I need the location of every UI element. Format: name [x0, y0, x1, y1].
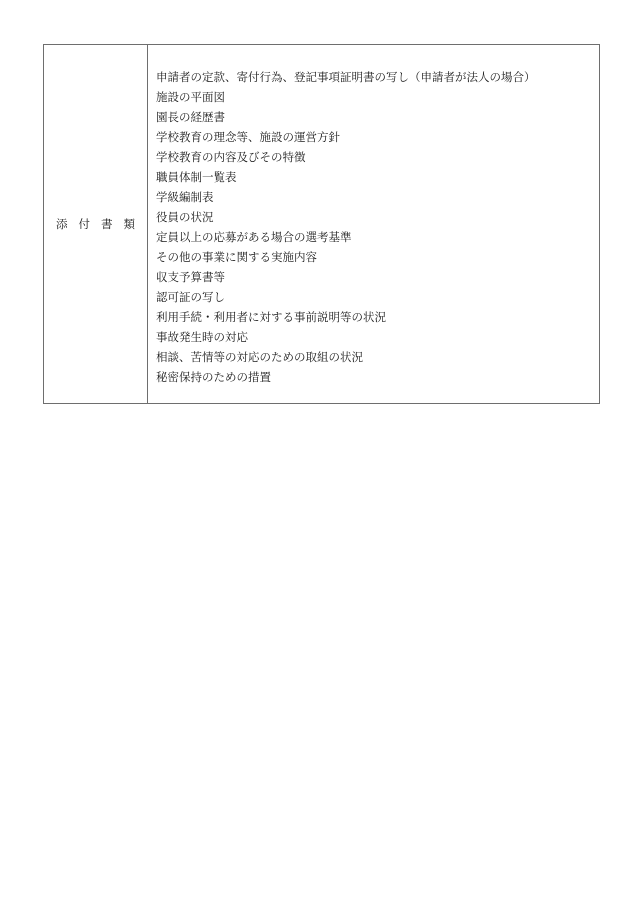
- label-cell: 添付書類: [44, 45, 148, 403]
- list-item: 定員以上の応募がある場合の選考基準: [156, 227, 599, 247]
- list-item: 学級編制表: [156, 187, 599, 207]
- list-item: 職員体制一覧表: [156, 167, 599, 187]
- list-item: 相談、苦情等の対応のための取組の状況: [156, 347, 599, 367]
- list-item: 収支予算書等: [156, 267, 599, 287]
- attachments-label: 添付書類: [56, 216, 146, 232]
- list-item: 秘密保持のための措置: [156, 367, 599, 387]
- attachment-list: 申請者の定款、寄付行為、登記事項証明書の写し（申請者が法人の場合） 施設の平面図…: [156, 67, 599, 387]
- list-item: 学校教育の理念等、施設の運営方針: [156, 127, 599, 147]
- list-item: その他の事業に関する実施内容: [156, 247, 599, 267]
- list-item: 利用手続・利用者に対する事前説明等の状況: [156, 307, 599, 327]
- list-item: 事故発生時の対応: [156, 327, 599, 347]
- list-item: 施設の平面図: [156, 87, 599, 107]
- content-cell: 申請者の定款、寄付行為、登記事項証明書の写し（申請者が法人の場合） 施設の平面図…: [148, 45, 599, 403]
- list-item: 学校教育の内容及びその特徴: [156, 147, 599, 167]
- list-item: 園長の経歴書: [156, 107, 599, 127]
- list-item: 役員の状況: [156, 207, 599, 227]
- list-item: 認可証の写し: [156, 287, 599, 307]
- attachments-table: 添付書類 申請者の定款、寄付行為、登記事項証明書の写し（申請者が法人の場合） 施…: [43, 44, 600, 404]
- list-item: 申請者の定款、寄付行為、登記事項証明書の写し（申請者が法人の場合）: [156, 67, 599, 87]
